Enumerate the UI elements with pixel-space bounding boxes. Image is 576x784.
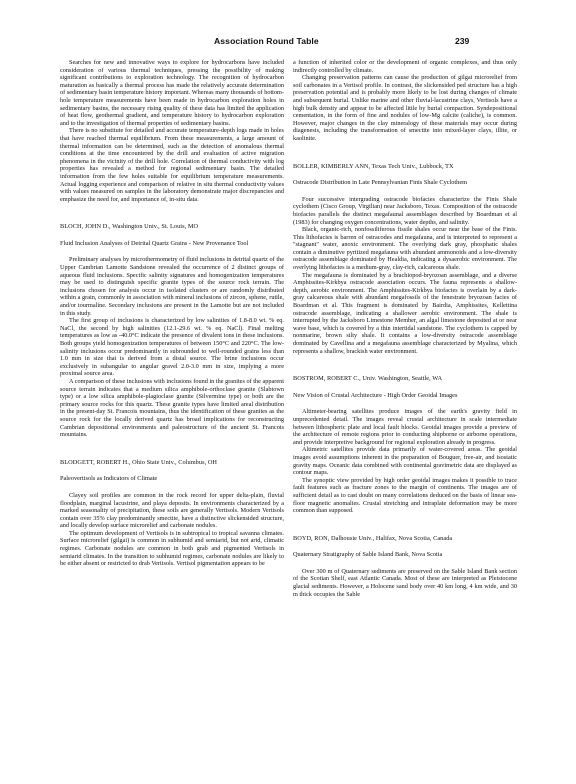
paragraph: The first group of inclusions is charact…	[60, 317, 284, 378]
left-column: Searches for new and innovative ways to …	[60, 59, 284, 568]
continued-abstract: Searches for new and innovative ways to …	[60, 59, 284, 203]
abstract-title: Paleovertisols as Indicators of Climate	[60, 475, 284, 483]
abstract-title: Ostracode Distribution in Late Pennsylva…	[293, 179, 517, 187]
abstract-author: BOYD, RON, Dalhousie Univ., Halifax, Nov…	[293, 535, 517, 543]
abstract-author: BLODGETT, ROBERT H., Ohio State Univ., C…	[60, 459, 284, 467]
abstract-title: New Vision of Crustal Architecture - Hig…	[293, 392, 517, 400]
paragraph: Preliminary analyses by microthermometry…	[60, 256, 284, 317]
abstract-boller: BOLLER, KIMBERLY ANN, Texas Tech Univ., …	[293, 163, 517, 356]
paragraph: Clayey soil profiles are common in the r…	[60, 492, 284, 530]
paragraph: Searches for new and innovative ways to …	[60, 59, 284, 127]
running-title: Association Round Table	[214, 36, 319, 46]
abstract-title: Fluid Inclusion Analyses of Detrital Qua…	[60, 240, 284, 248]
abstract-author: BOSTROM, ROBERT C., Univ. Washington, Se…	[293, 375, 517, 383]
paragraph: The optimum development of Vertisols is …	[60, 530, 284, 568]
paragraph: a function of inherited color or the dev…	[293, 59, 517, 74]
paragraph: The megafauna is dominated by a brachiop…	[293, 272, 517, 356]
paragraph: A comparison of these inclusions with in…	[60, 378, 284, 439]
continued-abstract: a function of inherited color or the dev…	[293, 59, 517, 143]
abstract-bostrom: BOSTROM, ROBERT C., Univ. Washington, Se…	[293, 375, 517, 515]
abstract-author: BOLLER, KIMBERLY ANN, Texas Tech Univ., …	[293, 163, 517, 171]
abstract-boyd: BOYD, RON, Dalhousie Univ., Halifax, Nov…	[293, 535, 517, 599]
paragraph: Changing preservation patterns can cause…	[293, 74, 517, 142]
abstract-bloch: BLOCH, JOHN D., Washington Univ., St. Lo…	[60, 223, 284, 438]
paragraph: The synoptic view provided by high order…	[293, 477, 517, 515]
page-number: 239	[455, 36, 469, 46]
paragraph: Over 300 m of Quaternary sediments are p…	[293, 568, 517, 598]
abstract-blodgett: BLODGETT, ROBERT H., Ohio State Univ., C…	[60, 459, 284, 568]
paragraph: There is no substitute for detailed and …	[60, 127, 284, 203]
abstract-author: BLOCH, JOHN D., Washington Univ., St. Lo…	[60, 223, 284, 231]
paragraph: Black, organic-rich, nonfossiliferous fi…	[293, 226, 517, 272]
paragraph: Four successive intergrading ostracode b…	[293, 196, 517, 226]
paragraph: Altimetric satellites provide data prima…	[293, 446, 517, 476]
page-header: Association Round Table 239	[0, 36, 576, 50]
right-column: a function of inherited color or the dev…	[293, 59, 517, 598]
abstract-title: Quaternary Stratigraphy of Sable Island …	[293, 551, 517, 559]
paragraph: Altimeter-bearing satellites produce ima…	[293, 408, 517, 446]
